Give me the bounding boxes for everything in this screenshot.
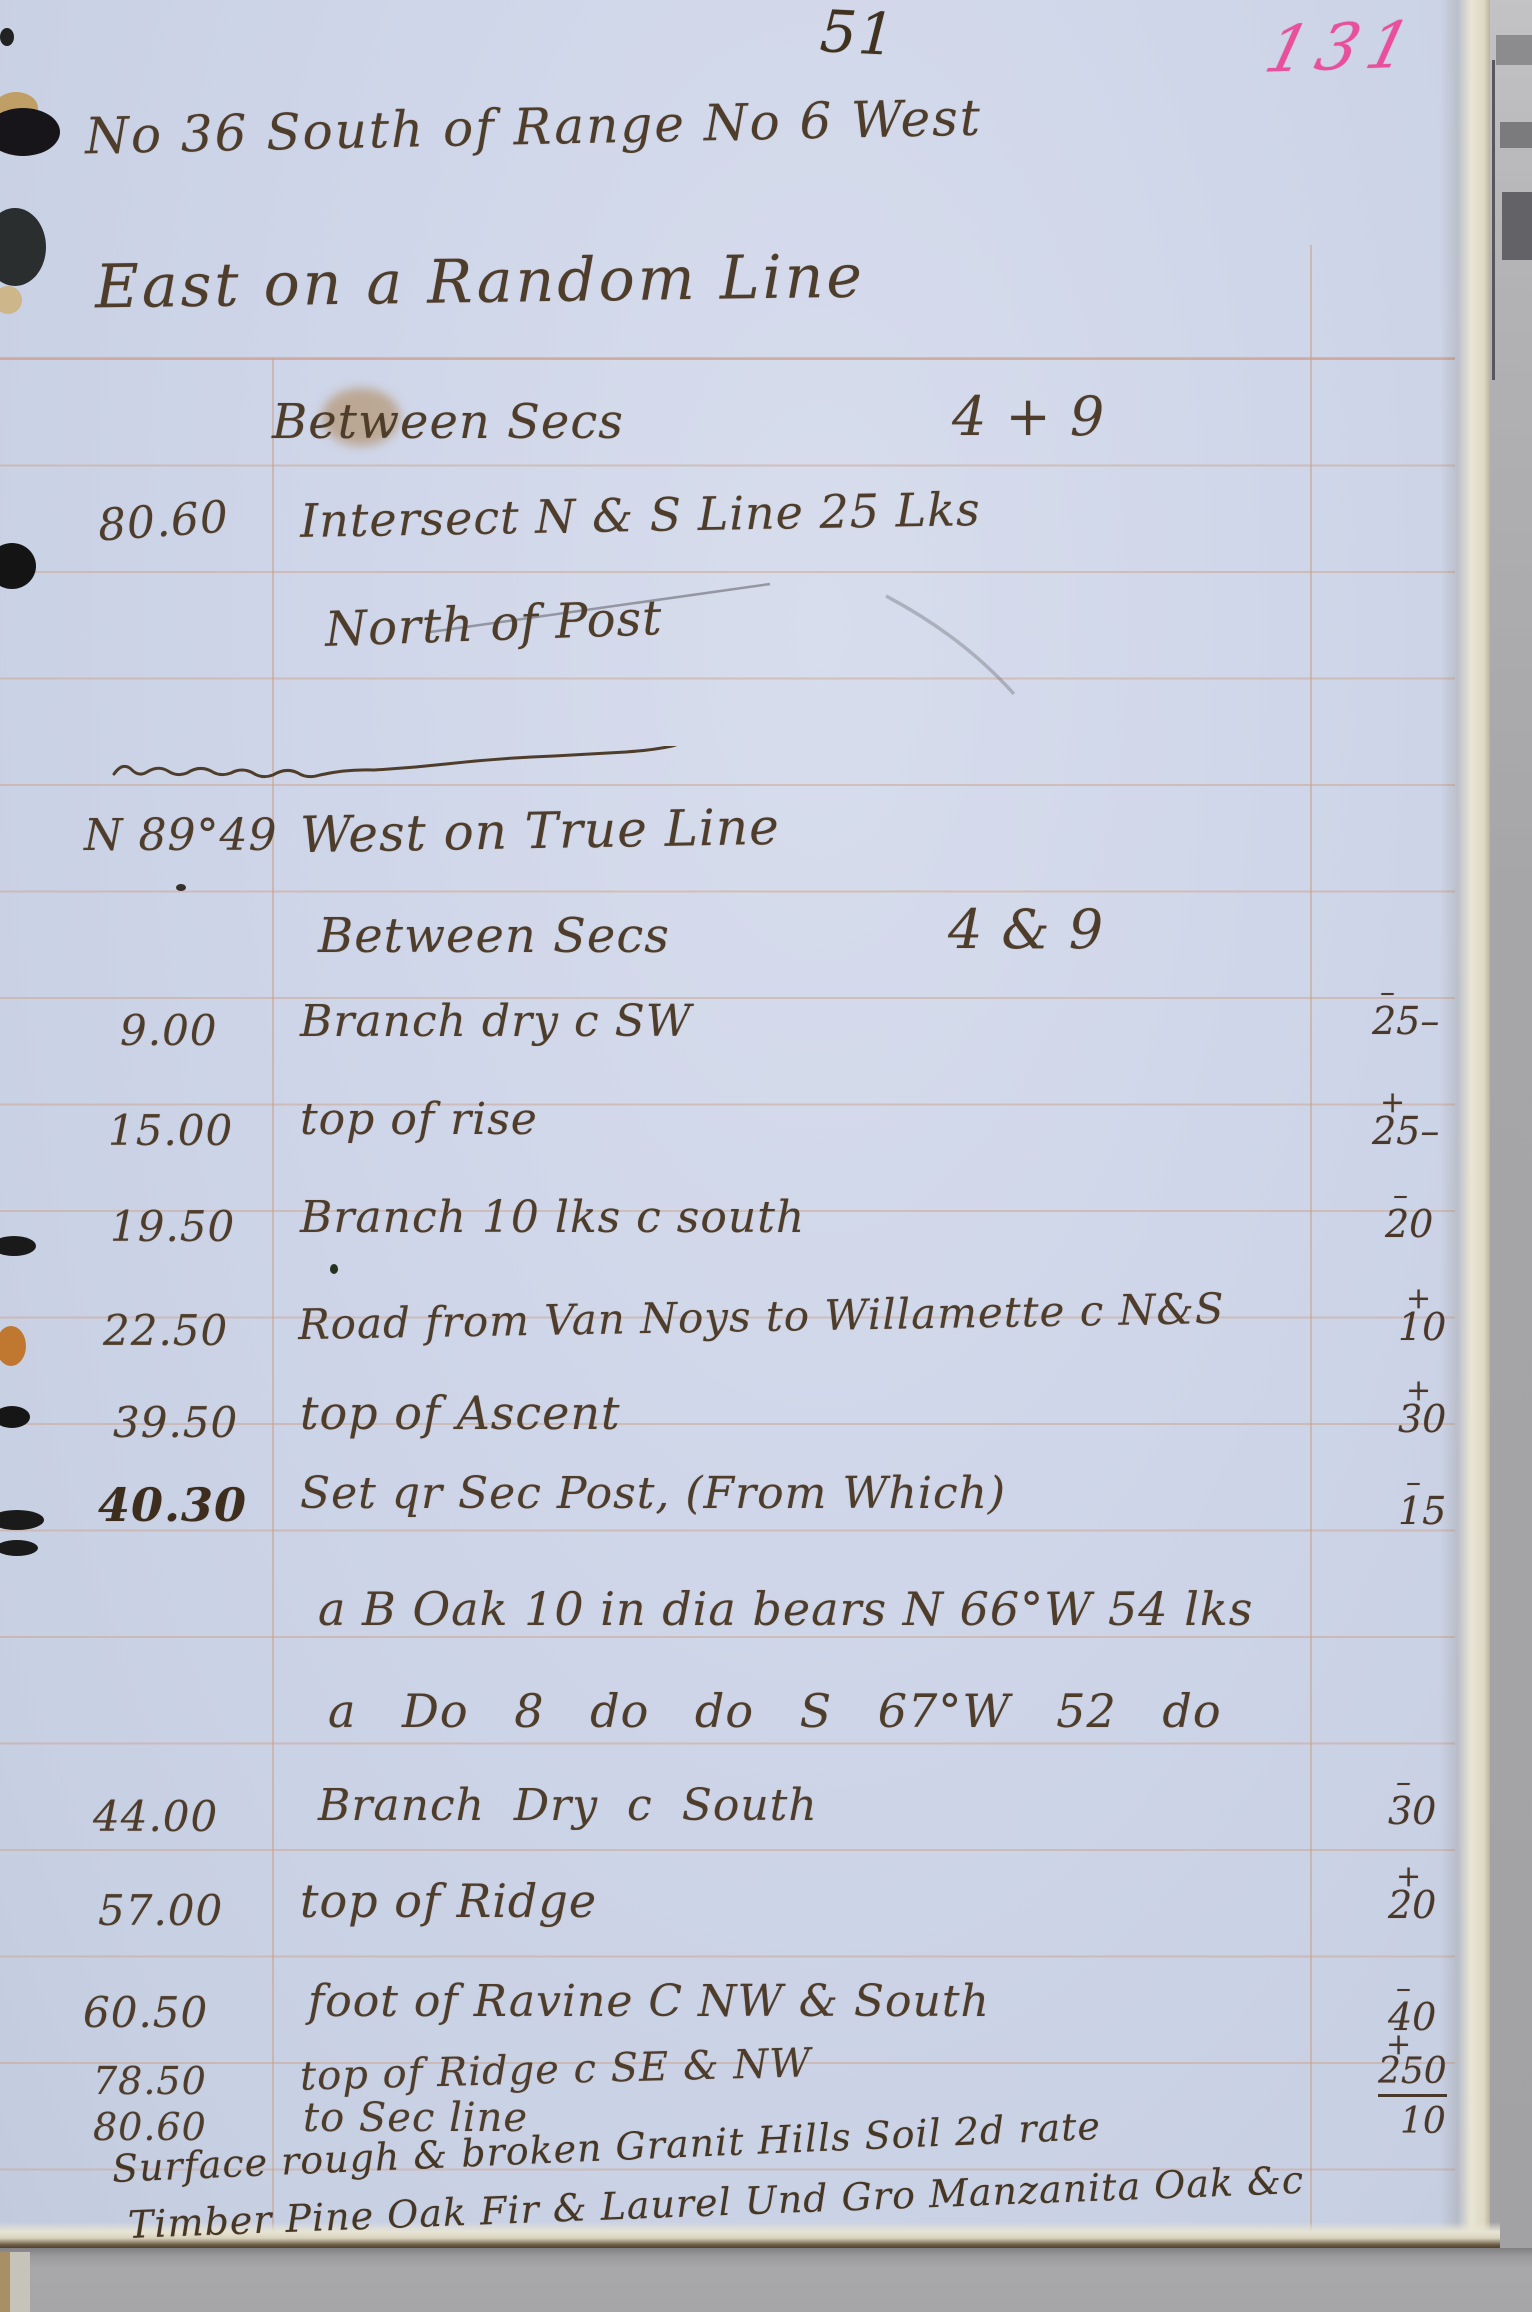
chain-distance: 80.60: [97, 495, 231, 548]
grade-mark: –20: [1385, 1205, 1433, 1243]
grade-mark: +25–: [1372, 1112, 1439, 1150]
chain-distance: 39.50: [113, 1402, 238, 1444]
scanner-background-bottom: [0, 2248, 1532, 2312]
grade-dash: –: [1420, 1109, 1439, 1153]
entry-text: North of Post: [324, 594, 663, 654]
column-rule-right: [1310, 245, 1312, 2238]
entry-text: a B Oak 10 in dia bears N 66°W 54 lks: [318, 1586, 1253, 1632]
grade-sign: +: [1406, 1376, 1431, 1406]
chain-distance: 44.00: [93, 1796, 218, 1838]
scanner-hardware-bar: [1502, 192, 1532, 260]
grade-mark: +10: [1398, 1308, 1446, 1346]
ink-blot: [0, 208, 46, 286]
ink-page-number: 51: [819, 2, 898, 64]
grade-sign: +: [1380, 1088, 1405, 1118]
entry-text: Branch dry c SW: [300, 1000, 692, 1044]
grade-number: 10: [1400, 2101, 1446, 2142]
entry-text: Between Secs: [272, 398, 624, 446]
grade-sign: –: [1393, 1181, 1408, 1211]
grade-mark: 10: [1400, 2104, 1446, 2140]
grade-sign: +: [1396, 1862, 1421, 1892]
page-right-edge: [1440, 0, 1490, 2248]
entry-text: Between Secs: [318, 912, 670, 960]
entry-text: foot of Ravine C NW & South: [308, 1980, 990, 2024]
grade-sign: +: [1386, 2030, 1411, 2060]
entry-text: West on True Line: [300, 802, 780, 860]
chain-distance: 40.30: [98, 1482, 247, 1528]
entry-text: Branch 10 lks c south: [300, 1196, 805, 1240]
entry-text-sections: 4 + 9: [952, 390, 1105, 444]
scanner-bottom-left-tan-strip: [0, 2252, 10, 2312]
entry-text: top of Ascent: [300, 1390, 621, 1436]
ink-speck: [176, 884, 186, 891]
chain-distance: 57.00: [98, 1890, 223, 1932]
scanner-hardware-bar: [1500, 122, 1532, 148]
edge-stain: [0, 286, 22, 314]
grade-mark: +30: [1398, 1400, 1446, 1438]
grade-sign: –: [1380, 978, 1395, 1008]
grade-mark: –25–: [1372, 1002, 1439, 1040]
chain-distance: 78.50: [93, 2062, 207, 2100]
entry-text: Branch Dry c South: [318, 1784, 818, 1828]
entry-text: top of rise: [300, 1098, 538, 1142]
entry-text: Intersect N & S Line 25 Lks: [300, 486, 981, 544]
grade-sign: +: [1406, 1284, 1431, 1314]
chain-distance: 60.50: [83, 1992, 208, 2034]
section-heading: East on a Random Line: [95, 247, 866, 318]
column-rule-left: [272, 358, 274, 2238]
grade-mark: –15: [1398, 1492, 1446, 1530]
ink-speck: [330, 1264, 338, 1274]
chain-distance: 9.00: [120, 1010, 218, 1052]
grade-sign: –: [1396, 1768, 1411, 1798]
chain-distance: 15.00: [108, 1110, 233, 1152]
notebook-page: 51 131 No 36 South of Range No 6 West Ea…: [0, 0, 1490, 2248]
entry-text: a Do 8 do do S 67°W 52 do: [328, 1688, 1222, 1734]
grade-sign: –: [1406, 1468, 1421, 1498]
ink-blot: [0, 28, 14, 46]
folio-number: 131: [1259, 13, 1426, 82]
grade-sign: –: [1396, 1974, 1411, 2004]
grade-dash: –: [1420, 999, 1439, 1043]
entry-text-sections: 4 & 9: [948, 903, 1104, 957]
grade-mark: –30: [1388, 1792, 1436, 1830]
chain-distance: 22.50: [103, 1310, 228, 1352]
entry-text: top of Ridge: [300, 1878, 597, 1924]
scanner-hardware-bar: [1496, 35, 1532, 65]
chain-distance: 19.50: [110, 1206, 235, 1248]
township-title: No 36 South of Range No 6 West: [85, 93, 983, 162]
scanner-background-right: [1490, 0, 1532, 2312]
separator-squiggle: [112, 746, 802, 782]
chain-distance: 80.60: [93, 2108, 207, 2146]
ink-blot: [0, 108, 60, 156]
entry-text: Set qr Sec Post, (From Which): [300, 1472, 1006, 1516]
scanned-notebook-page: 51 131 No 36 South of Range No 6 West Ea…: [0, 0, 1532, 2312]
chain-bearing: N 89°49: [84, 814, 277, 858]
grade-mark: +20: [1388, 1886, 1436, 1924]
grade-mark: +250: [1378, 2054, 1447, 2097]
scanner-hardware-seam: [1492, 60, 1495, 380]
